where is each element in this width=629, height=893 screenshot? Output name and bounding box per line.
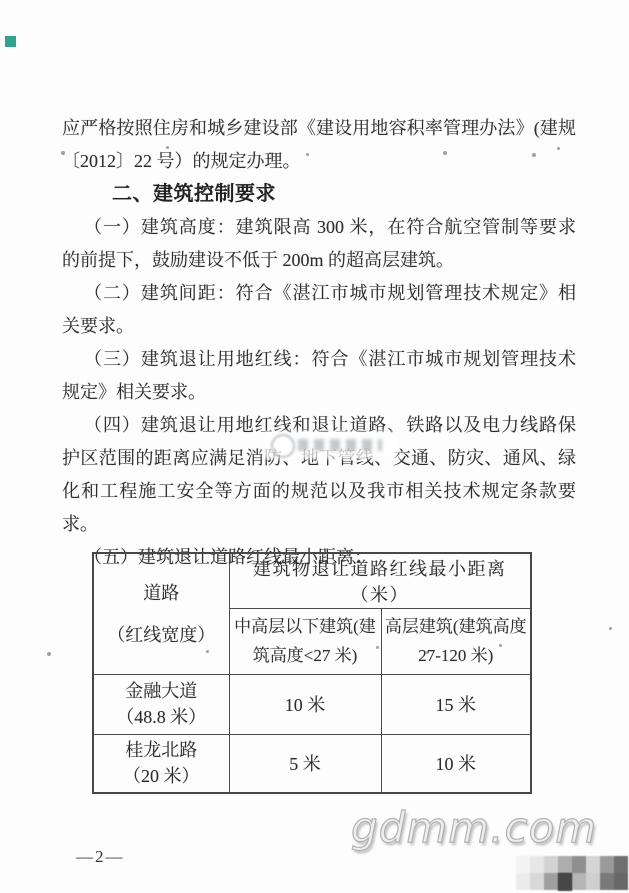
table-header-span: 建筑物退让道路红线最小距离（米） (229, 553, 531, 608)
road-name: 桂龙北路 (96, 737, 227, 763)
scan-speck (376, 646, 379, 649)
scan-speck (609, 627, 612, 630)
scan-speck (499, 644, 502, 647)
paragraph-line: （二）建筑间距：符合《湛江市城市规划管理技术规定》相 (62, 277, 576, 310)
table-cell-road: 桂龙北路 （20 米） (93, 734, 229, 793)
table-cell-highrise: 15 米 (381, 674, 531, 734)
paragraph-line: 求。 (62, 508, 576, 541)
watermark-logo-icon (271, 434, 295, 458)
section-heading: 二、建筑控制要求 (62, 178, 576, 211)
scan-color-mark (5, 36, 16, 47)
table-header-highrise: 高层建筑(建筑高度 27-120 米) (381, 608, 531, 674)
blurred-stamp-mosaic (516, 856, 628, 890)
table-header-road: 道路 （红线宽度） (93, 553, 229, 674)
scan-speck (61, 151, 65, 155)
scan-speck (443, 151, 447, 155)
table-cell-midrise: 10 米 (229, 674, 381, 734)
paragraph-line: 规定》相关要求。 (62, 376, 576, 409)
road-width: （48.8 米） (96, 704, 227, 730)
paragraph-line: 应严格按照住房和城乡建设部《建设用地容积率管理办法》(建规 (62, 112, 576, 145)
road-name: 金融大道 (96, 678, 227, 704)
paragraph-line: 〔2012〕22 号）的规定办理。 (62, 145, 576, 178)
table-cell-highrise: 10 米 (381, 734, 531, 793)
table-header-road-line1: 道路 (96, 572, 227, 614)
paragraph-line: 的前提下，鼓励建设不低于 200m 的超高层建筑。 (62, 244, 576, 277)
paragraph-line: 关要求。 (62, 310, 576, 343)
scan-speck (47, 652, 51, 656)
paragraph-line: （三）建筑退让用地红线：符合《湛江市城市规划管理技术 (62, 343, 576, 376)
table-row: 桂龙北路 （20 米） 5 米 10 米 (93, 734, 531, 793)
road-width: （20 米） (96, 763, 227, 789)
table-cell-road: 金融大道 （48.8 米） (93, 674, 229, 734)
scan-speck (532, 153, 536, 157)
table-cell-midrise: 5 米 (229, 734, 381, 793)
table-row: 金融大道 （48.8 米） 10 米 15 米 (93, 674, 531, 734)
scan-speck (426, 651, 429, 654)
scan-speck (306, 153, 309, 156)
page-number: —2— (76, 847, 125, 867)
document-body: 应严格按照住房和城乡建设部《建设用地容积率管理办法》(建规 〔2012〕22 号… (62, 112, 576, 574)
watermark-text-blur (298, 439, 382, 451)
gdmm-watermark: gdmm.com (351, 803, 597, 852)
blurred-stamp-tail (558, 873, 572, 891)
setback-distance-table: 道路 （红线宽度） 建筑物退让道路红线最小距离（米） 中高层以下建筑(建筑高度<… (92, 552, 532, 794)
scan-speck (557, 147, 560, 150)
scan-speck (166, 146, 169, 149)
scanned-document-page: 应严格按照住房和城乡建设部《建设用地容积率管理办法》(建规 〔2012〕22 号… (0, 0, 629, 893)
paragraph-line: 化和工程施工安全等方面的规范以及我市相关技术规定条款要 (62, 475, 576, 508)
table-header-midrise: 中高层以下建筑(建筑高度<27 米) (229, 608, 381, 674)
scan-speck (206, 650, 209, 653)
paragraph-line: （一）建筑高度：建筑限高 300 米，在符合航空管制等要求 (62, 211, 576, 244)
